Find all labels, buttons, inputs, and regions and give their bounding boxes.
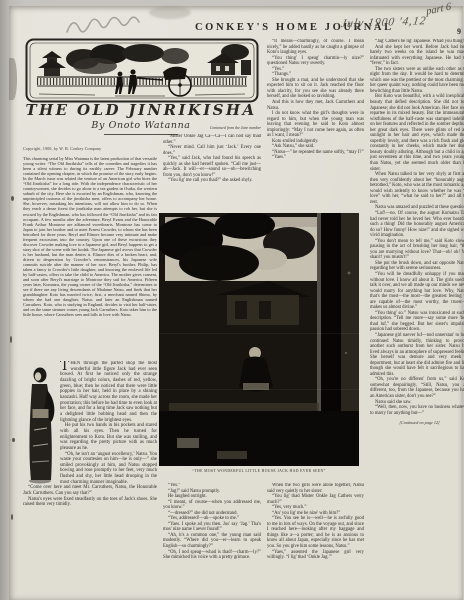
story-column-2-bottom: “Yes.” “Jag!” said Natsu promptly. He la… bbox=[163, 483, 261, 600]
scan-speck bbox=[11, 196, 14, 201]
paragraph: “Yes,” said Jack, who had found his spee… bbox=[163, 156, 261, 178]
paragraph: The two sisters were as unlike each othe… bbox=[370, 67, 464, 95]
paragraph: She put the brush down, and sat opposite… bbox=[370, 261, 464, 272]
photo-caption: “THE MOST WONDERFUL LITTLE HOUSE JACK HA… bbox=[159, 469, 359, 473]
drop-cap: T bbox=[60, 361, 70, 372]
paragraph: I do not know what the girl's thoughts w… bbox=[267, 111, 364, 139]
story-column-4: “Jag' Cathers be lig' Japanese. Whad you… bbox=[370, 39, 464, 584]
article-title: THE OLD JINRIKISHA bbox=[19, 101, 263, 119]
scan-speck bbox=[10, 336, 12, 343]
paragraph: “You don't mean to tell me,” said Koto s… bbox=[370, 239, 464, 261]
paragraph: “Ah, it's a common one,” the young man s… bbox=[163, 533, 261, 550]
paper-page: CONKEY'S HOME JOURNAL July 1900 '4,12 pa… bbox=[9, 6, 463, 600]
paragraph: “Oh, you're no differen' from us,” said … bbox=[370, 377, 464, 399]
paragraph: “Yes. You see he is—well—he is awfully g… bbox=[267, 516, 364, 549]
scan-speck bbox=[11, 514, 13, 520]
paragraph: When the two girls were alone together, … bbox=[267, 483, 364, 494]
paragraph: “It means—charmingly, of course. I mean … bbox=[267, 39, 364, 56]
paragraph: “Well, then, now, you have no business w… bbox=[370, 405, 464, 416]
intro-text: This charming serial by Miss Watanna is … bbox=[23, 156, 157, 318]
scan-speck bbox=[12, 438, 15, 442]
paragraph: And this is how they met, Jack Carruther… bbox=[267, 100, 364, 111]
paragraph: “Luf!—no. Of course, the august Komatzu … bbox=[370, 211, 464, 239]
story-column-3-bottom: When the two girls were alone together, … bbox=[267, 483, 364, 600]
story-column-1: THEN through the parted shoji the most w… bbox=[23, 361, 157, 600]
paragraph: “You thing' I speag' charmin—ly nize?” q… bbox=[267, 56, 364, 67]
paragraph: Natsu's eyes were fixed steadfastly on t… bbox=[23, 497, 157, 508]
continued-footer: [Continued on page 12] bbox=[370, 420, 464, 426]
paragraph: “Jag' Cathers be lig' Japanese. Whad you… bbox=[370, 39, 464, 45]
jinrikisha-street-scene-illustration bbox=[25, 38, 259, 103]
pencil-scribble-icon bbox=[63, 12, 143, 40]
page-number: 9 bbox=[457, 27, 461, 36]
continued-from-note: Continued from the June number bbox=[163, 126, 261, 130]
copyright-line: Copyright, 1900, by W. B. Conkey Company bbox=[23, 147, 157, 151]
journal-masthead: CONKEY'S HOME JOURNAL bbox=[195, 22, 355, 33]
scan-smudge bbox=[149, 6, 191, 19]
paragraph-text: HEN through the parted shoji the most wo… bbox=[60, 361, 157, 423]
standing-figure-sketch-illustration bbox=[23, 362, 57, 484]
paragraph: But Koto was beautiful, with a wild inex… bbox=[370, 94, 464, 172]
intro-column: This charming serial by Miss Watanna is … bbox=[23, 156, 157, 358]
paragraph: When Natsu talked to her very shyly at f… bbox=[370, 172, 464, 205]
paragraph: “You lig' thad Mister Onkle Jag Cathers … bbox=[267, 494, 364, 505]
house-photo-illustration bbox=[159, 213, 359, 466]
paragraph: “Japanese girl naever luf—nod unnerstan'… bbox=[370, 333, 464, 377]
binding-mark bbox=[9, 58, 17, 100]
paragraph: “You thing' so.” Natsu was intoxicated a… bbox=[370, 311, 464, 333]
paragraph: “Oh, I nod speag—whad is thad!—charm—ly?… bbox=[163, 550, 261, 561]
paragraph: THEN through the parted shoji the most w… bbox=[23, 361, 157, 423]
paragraph: “Come over here and meet Mr. Carruthers,… bbox=[23, 485, 157, 496]
paragraph: “You will be dreadfully unhappy if you m… bbox=[370, 272, 464, 311]
handwritten-date-annotation: July 1900 '4,12 bbox=[340, 14, 462, 30]
paragraph: She brought a mat, and he understood tha… bbox=[267, 78, 364, 100]
paragraph: “Mister Onkle Jag Ca—Ca—I can nod say th… bbox=[163, 134, 261, 145]
paragraph: “You lig' me call you thad?” she asked s… bbox=[163, 178, 261, 184]
paragraph: And she kept her word. Before Jack had b… bbox=[370, 45, 464, 67]
paragraph: “Yaes,” assented the Japanese girl very … bbox=[267, 550, 364, 561]
paragraph: “Yaes. I spoke ad you then. Jus' say ‘Ja… bbox=[163, 522, 261, 533]
story-column-3-top: “It means—charmingly, of course. I mean … bbox=[267, 39, 364, 210]
paragraph: “Never mind. Call him just ‘Jack.’ Every… bbox=[163, 145, 261, 156]
paragraph: “Yaes.” bbox=[267, 155, 364, 161]
story-column-2-top: “Mister Onkle Jag Ca—Ca—I can nod say th… bbox=[163, 134, 261, 210]
paragraph: “I meant, of course—when you addressed m… bbox=[163, 500, 261, 511]
